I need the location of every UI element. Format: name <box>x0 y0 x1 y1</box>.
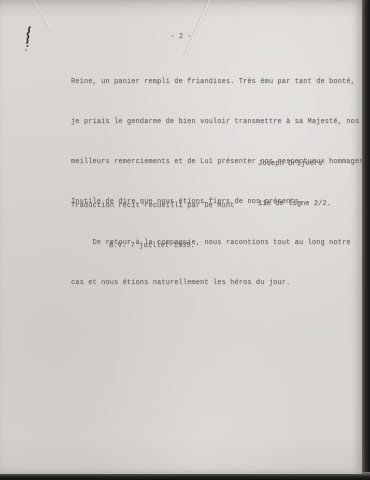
signature-unit: 11e de ligne 2/2. <box>258 198 331 211</box>
footer-date: B.V. 7 juillet 1935. <box>71 240 234 253</box>
signature-name: Joseph Drijvers <box>258 158 331 171</box>
scanned-page: - 2 - Reine, un panier rempli de friandi… <box>0 0 370 480</box>
footer-credit: Traduction récit recueilli par De Munt <box>71 200 234 213</box>
body-line: je priais le gendarme de bien vouloir tr… <box>71 116 363 129</box>
body-line: Reine, un panier rempli de friandises. T… <box>71 76 363 89</box>
footer-block: Traduction récit recueilli par De Munt B… <box>71 173 234 280</box>
page-number: - 2 - <box>0 33 362 41</box>
paper-sheet: - 2 - Reine, un panier rempli de friandi… <box>0 0 362 474</box>
signature-block: Joseph Drijvers 11e de ligne 2/2. <box>258 131 331 238</box>
